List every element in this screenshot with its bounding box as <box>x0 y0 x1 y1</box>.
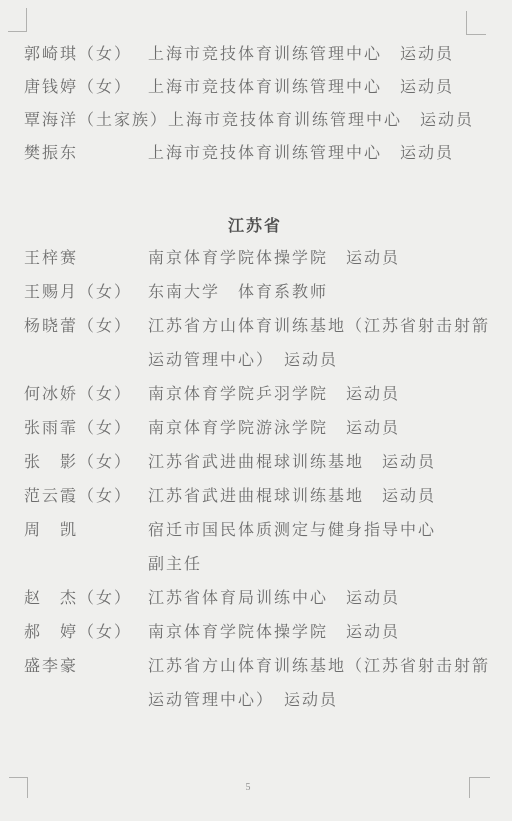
entry-line: 上海市竞技体育训练管理中心 运动员 <box>148 71 502 104</box>
section-header: 江苏省 <box>24 212 502 242</box>
entry-name: 盛李豪 <box>24 650 148 684</box>
entry-line: 南京体育学院体操学院 运动员 <box>148 616 502 650</box>
entry-line: 南京体育学院游泳学院 运动员 <box>148 412 502 446</box>
entry-line: 运动管理中心） 运动员 <box>148 344 502 378</box>
entry-lines: 江苏省武进曲棍球训练基地 运动员 <box>148 480 502 514</box>
entry-name: 王赐月（女） <box>24 276 148 310</box>
entry-lines: 宿迁市国民体质测定与健身指导中心副主任 <box>148 514 502 582</box>
entry-name: 张雨霏（女） <box>24 412 148 446</box>
entry-lines: 南京体育学院乒羽学院 运动员 <box>148 378 502 412</box>
entry-lines: 上海市竞技体育训练管理中心 运动员 <box>148 71 502 104</box>
entry-line: 江苏省方山体育训练基地（江苏省射击射箭 <box>148 650 502 684</box>
entry-line: 上海市竞技体育训练管理中心 运动员 <box>148 137 502 170</box>
entry-line: 江苏省武进曲棍球训练基地 运动员 <box>148 480 502 514</box>
entry-row: 周 凯宿迁市国民体质测定与健身指导中心副主任 <box>24 514 502 582</box>
entry-name: 唐钱婷（女） <box>24 71 148 104</box>
entry-name: 郝 婷（女） <box>24 616 148 650</box>
document-body: 郭崎琪（女）上海市竞技体育训练管理中心 运动员唐钱婷（女）上海市竞技体育训练管理… <box>24 38 502 718</box>
entry-line: 上海市竞技体育训练管理中心 运动员 <box>148 38 502 71</box>
entry-line: 宿迁市国民体质测定与健身指导中心 <box>148 514 502 548</box>
entry-row: 范云霞（女）江苏省武进曲棍球训练基地 运动员 <box>24 480 502 514</box>
entry-lines: 上海市竞技体育训练管理中心 运动员 <box>148 38 502 71</box>
crop-mark-top-right <box>466 11 486 35</box>
entry-row: 赵 杰（女）江苏省体育局训练中心 运动员 <box>24 582 502 616</box>
entry-line: 副主任 <box>148 548 502 582</box>
document-page: 郭崎琪（女）上海市竞技体育训练管理中心 运动员唐钱婷（女）上海市竞技体育训练管理… <box>0 0 512 821</box>
section: 郭崎琪（女）上海市竞技体育训练管理中心 运动员唐钱婷（女）上海市竞技体育训练管理… <box>24 38 502 170</box>
page-number: 5 <box>0 782 496 793</box>
entry-name: 覃海洋（土家族） <box>24 104 168 137</box>
entry-line: 江苏省武进曲棍球训练基地 运动员 <box>148 446 502 480</box>
entry-lines: 东南大学 体育系教师 <box>148 276 502 310</box>
entry-lines: 上海市竞技体育训练管理中心 运动员 <box>168 104 502 137</box>
entry-name: 赵 杰（女） <box>24 582 148 616</box>
entry-name: 范云霞（女） <box>24 480 148 514</box>
entry-name: 张 影（女） <box>24 446 148 480</box>
entry-row: 王赐月（女）东南大学 体育系教师 <box>24 276 502 310</box>
entry-row: 郝 婷（女）南京体育学院体操学院 运动员 <box>24 616 502 650</box>
entry-line: 运动管理中心） 运动员 <box>148 684 502 718</box>
entry-lines: 南京体育学院体操学院 运动员 <box>148 616 502 650</box>
section: 江苏省王梓赛南京体育学院体操学院 运动员王赐月（女）东南大学 体育系教师杨晓蕾（… <box>24 212 502 718</box>
crop-mark-top-left <box>8 8 27 32</box>
entry-row: 王梓赛南京体育学院体操学院 运动员 <box>24 242 502 276</box>
entry-line: 南京体育学院乒羽学院 运动员 <box>148 378 502 412</box>
entry-lines: 江苏省体育局训练中心 运动员 <box>148 582 502 616</box>
entry-row: 唐钱婷（女）上海市竞技体育训练管理中心 运动员 <box>24 71 502 104</box>
entry-lines: 上海市竞技体育训练管理中心 运动员 <box>148 137 502 170</box>
entry-lines: 江苏省方山体育训练基地（江苏省射击射箭运动管理中心） 运动员 <box>148 650 502 718</box>
entry-name: 王梓赛 <box>24 242 148 276</box>
entry-row: 覃海洋（土家族）上海市竞技体育训练管理中心 运动员 <box>24 104 502 137</box>
entry-name: 郭崎琪（女） <box>24 38 148 71</box>
entry-row: 张雨霏（女）南京体育学院游泳学院 运动员 <box>24 412 502 446</box>
entry-lines: 江苏省武进曲棍球训练基地 运动员 <box>148 446 502 480</box>
entry-name: 樊振东 <box>24 137 148 170</box>
entry-row: 郭崎琪（女）上海市竞技体育训练管理中心 运动员 <box>24 38 502 71</box>
entry-row: 杨晓蕾（女）江苏省方山体育训练基地（江苏省射击射箭运动管理中心） 运动员 <box>24 310 502 378</box>
entry-name: 何冰娇（女） <box>24 378 148 412</box>
entry-line: 江苏省体育局训练中心 运动员 <box>148 582 502 616</box>
entry-name: 杨晓蕾（女） <box>24 310 148 344</box>
entry-row: 盛李豪江苏省方山体育训练基地（江苏省射击射箭运动管理中心） 运动员 <box>24 650 502 718</box>
entry-line: 上海市竞技体育训练管理中心 运动员 <box>168 104 502 137</box>
entry-name: 周 凯 <box>24 514 148 548</box>
entry-row: 张 影（女）江苏省武进曲棍球训练基地 运动员 <box>24 446 502 480</box>
entry-row: 樊振东上海市竞技体育训练管理中心 运动员 <box>24 137 502 170</box>
entry-lines: 南京体育学院体操学院 运动员 <box>148 242 502 276</box>
entry-row: 何冰娇（女）南京体育学院乒羽学院 运动员 <box>24 378 502 412</box>
entry-line: 江苏省方山体育训练基地（江苏省射击射箭 <box>148 310 502 344</box>
entry-line: 东南大学 体育系教师 <box>148 276 502 310</box>
entry-line: 南京体育学院体操学院 运动员 <box>148 242 502 276</box>
entry-lines: 江苏省方山体育训练基地（江苏省射击射箭运动管理中心） 运动员 <box>148 310 502 378</box>
entry-lines: 南京体育学院游泳学院 运动员 <box>148 412 502 446</box>
page-number-value: 5 <box>246 782 251 793</box>
